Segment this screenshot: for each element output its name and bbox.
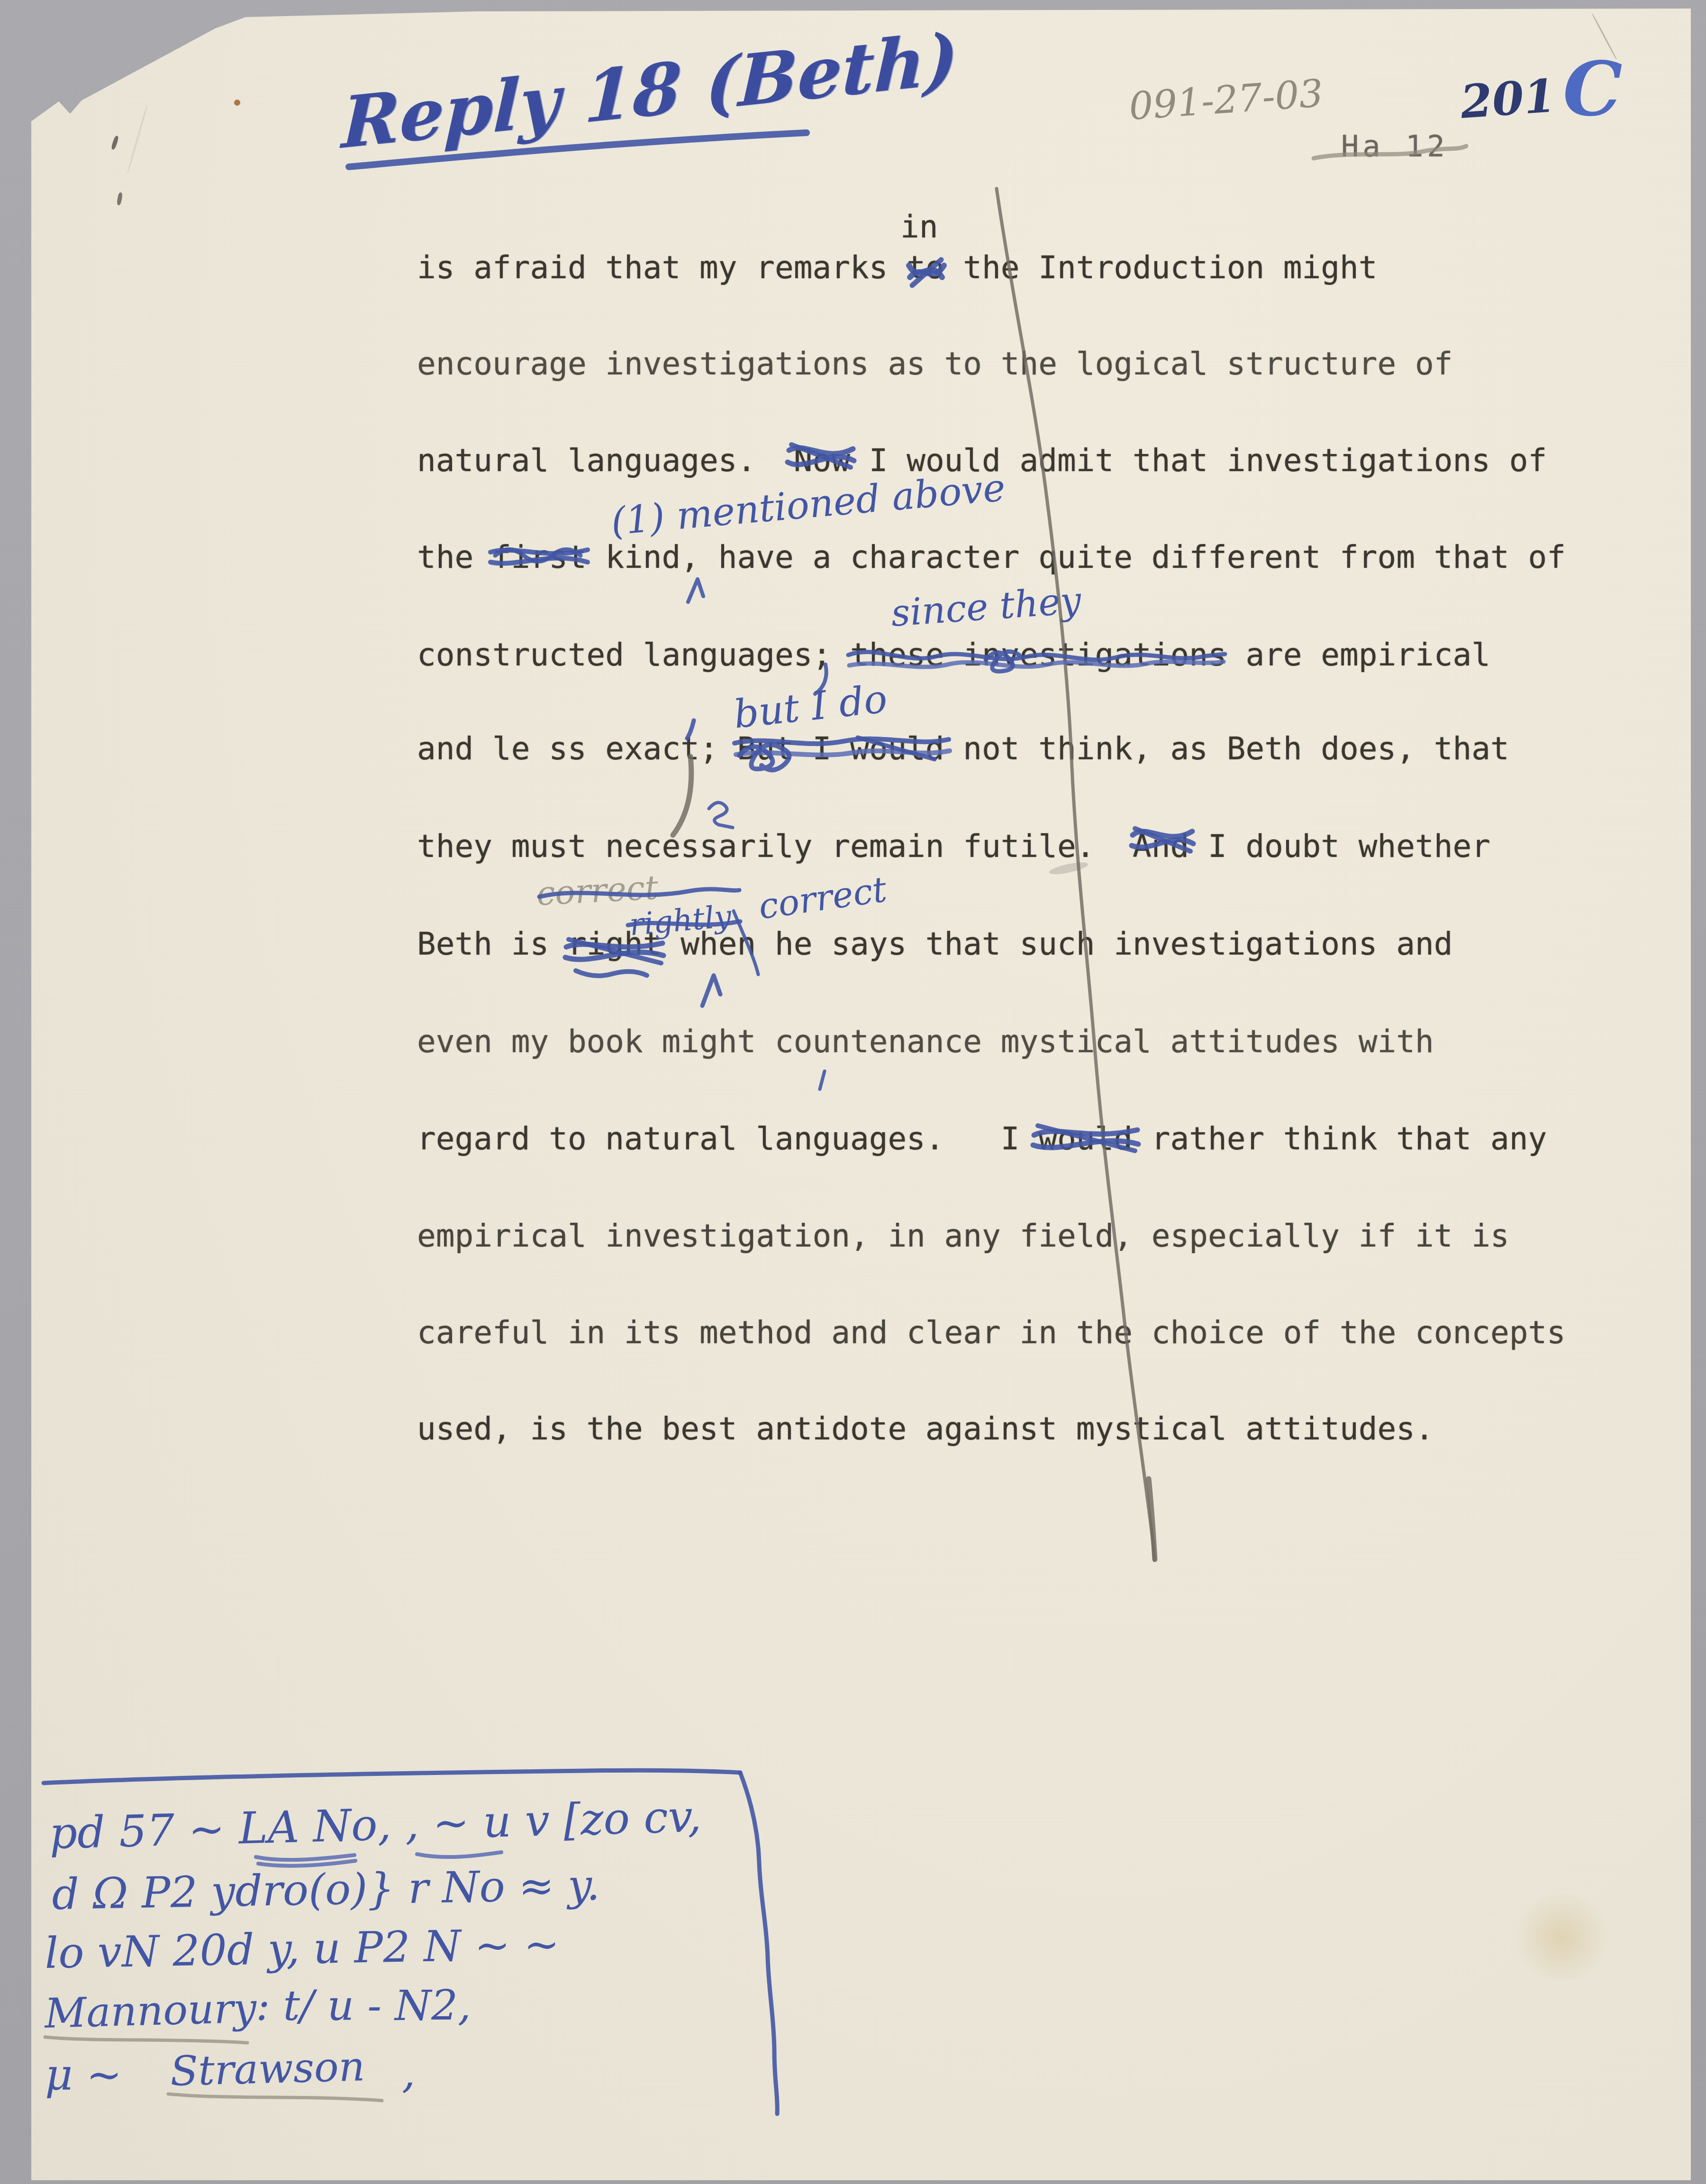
struck-word-and: And bbox=[1133, 828, 1189, 864]
typed-segment: they must necessarily remain futile. bbox=[417, 828, 1133, 864]
typed-segment: are empirical bbox=[1227, 637, 1490, 673]
typed-segment: empirical investigation, in any field, e… bbox=[417, 1218, 1509, 1254]
scanned-manuscript-page: Reply 18 (Beth) 091-27-03 201 C Ha 12 is… bbox=[0, 0, 1706, 2184]
typed-segment: constructed languages; bbox=[417, 637, 850, 673]
typed-text-block: is afraid that my remarks to the Introdu… bbox=[0, 0, 1706, 2184]
typed-line: the first kind, have a character quite d… bbox=[417, 542, 1566, 573]
typed-line: and le ss exact; But I would not think, … bbox=[417, 733, 1509, 764]
typed-segment: kind, have a character quite different f… bbox=[587, 539, 1566, 575]
typed-segment: when he says that such investigations an… bbox=[662, 926, 1453, 962]
struck-words-these-investigations: these investigations bbox=[850, 637, 1227, 673]
typed-line: empirical investigation, in any field, e… bbox=[417, 1220, 1509, 1252]
typed-line: even my book might countenance mystical … bbox=[417, 1026, 1434, 1057]
typed-segment: the Introduction might bbox=[944, 249, 1378, 286]
typed-line: encourage investigations as to the logic… bbox=[417, 348, 1452, 380]
typed-segment: encourage investigations as to the logic… bbox=[417, 346, 1452, 382]
typed-segment: I doubt whether bbox=[1189, 828, 1490, 864]
typed-line: regard to natural languages. I would rat… bbox=[417, 1123, 1547, 1155]
typed-segment: Beth is bbox=[417, 926, 568, 962]
typed-line: they must necessarily remain futile. And… bbox=[417, 831, 1490, 862]
struck-word-to: to bbox=[907, 249, 944, 286]
typed-segment: is afraid that my remarks bbox=[417, 249, 907, 286]
typed-segment: rather think that any bbox=[1133, 1120, 1547, 1157]
typed-line: careful in its method and clear in the c… bbox=[417, 1317, 1566, 1348]
typed-segment: natural languages. bbox=[417, 442, 794, 479]
struck-words-but-i-would: But I would bbox=[737, 730, 944, 767]
typed-segment: regard to natural languages. I bbox=[417, 1120, 1038, 1157]
typed-segment: careful in its method and clear in the c… bbox=[417, 1314, 1566, 1351]
struck-word-now: Now bbox=[794, 442, 850, 479]
typed-line: Beth is right when he says that such inv… bbox=[417, 928, 1452, 960]
typed-segment: used, is the best antidote against mysti… bbox=[417, 1410, 1434, 1447]
typed-line: is afraid that my remarks to the Introdu… bbox=[417, 252, 1378, 283]
struck-word-first: first bbox=[492, 539, 587, 575]
typed-line: constructed languages; these investigati… bbox=[417, 639, 1490, 671]
typed-segment: even my book might countenance mystical … bbox=[417, 1023, 1434, 1060]
typed-segment: not think, as Beth does, that bbox=[944, 730, 1509, 767]
typed-line: used, is the best antidote against mysti… bbox=[417, 1413, 1434, 1445]
struck-word-would: would bbox=[1038, 1120, 1133, 1157]
typed-insertion-in: in bbox=[900, 209, 938, 245]
typed-segment: and le ss exact; bbox=[417, 730, 737, 767]
typed-segment: the bbox=[417, 539, 492, 575]
